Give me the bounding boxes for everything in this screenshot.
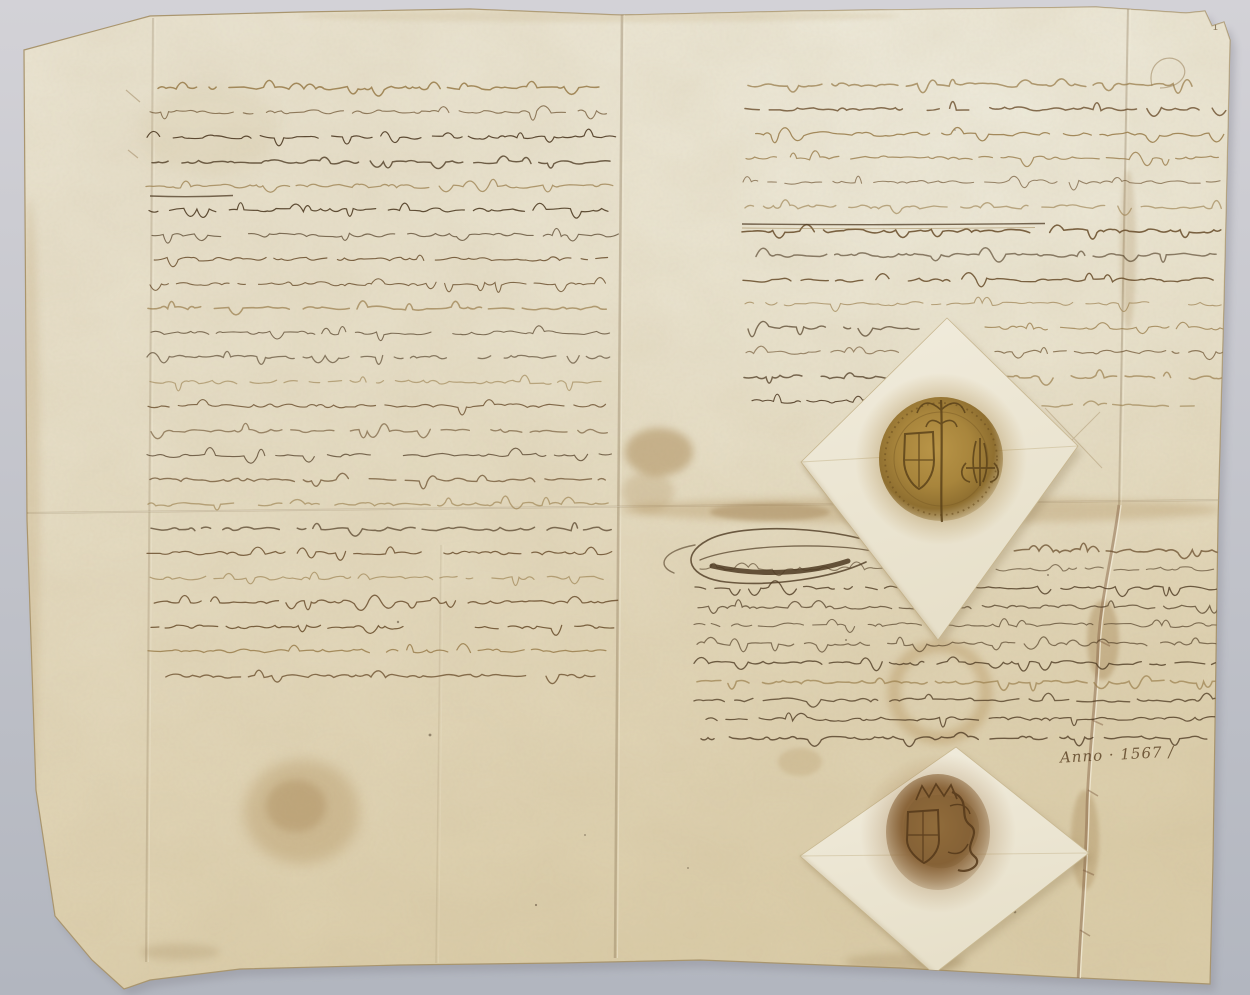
stain (140, 944, 220, 960)
manuscript-scene: Anno · 1567 / 1 (0, 0, 1250, 995)
emblem-stem (941, 400, 942, 522)
stain (625, 428, 693, 476)
stain (140, 85, 280, 175)
speck (1047, 574, 1049, 576)
stain (778, 748, 822, 776)
speck (687, 867, 689, 869)
speck (429, 734, 432, 737)
speck (584, 834, 586, 836)
speck (535, 904, 537, 906)
paper-surface: Anno · 1567 / 1 (0, 0, 1250, 995)
photograph-of-manuscript: Anno · 1567 / 1 (0, 0, 1250, 995)
stain (266, 780, 326, 832)
speck (845, 639, 847, 641)
stain (710, 503, 830, 521)
speck (397, 621, 399, 623)
